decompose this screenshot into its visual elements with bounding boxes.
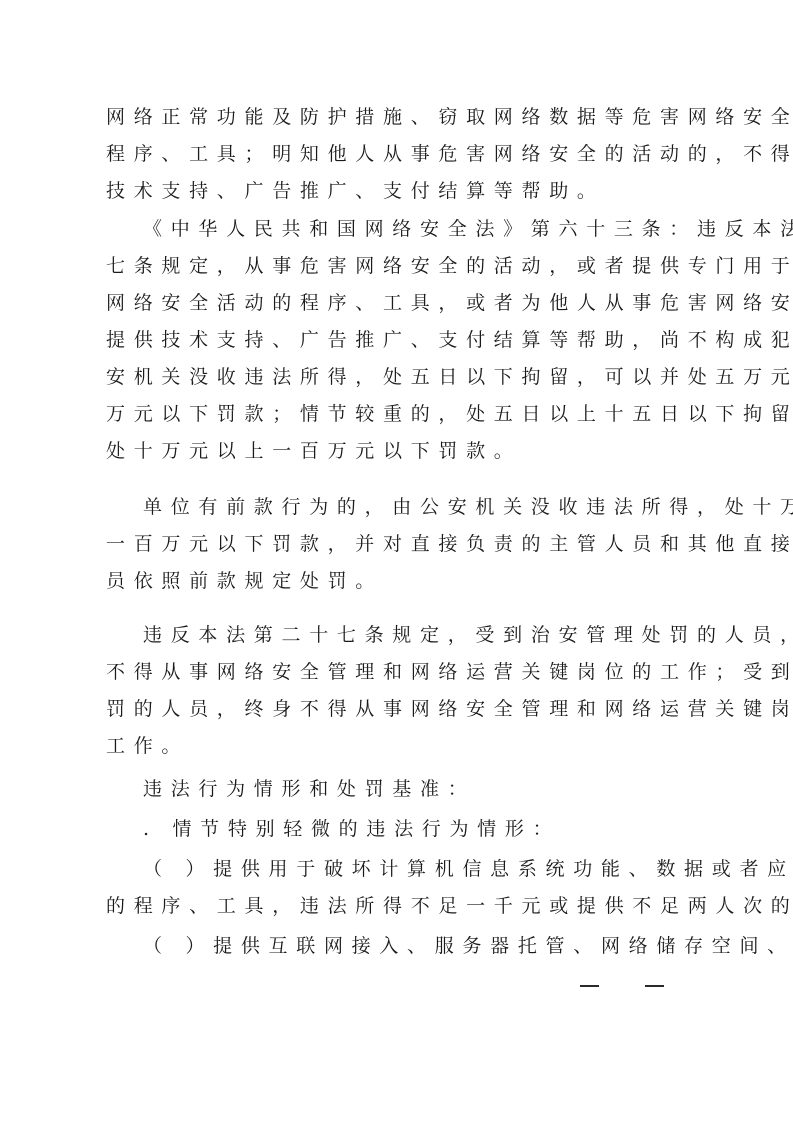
text-line: 罚的人员，终身不得从事网络安全管理和网络运营关键岗位的 [106,694,793,724]
text-line: 单位有前款行为的，由公安机关没收违法所得，处十万元以上 [143,492,793,522]
text-line: 七条规定，从事危害网络安全的活动，或者提供专门用于从事危害 [106,251,793,281]
text-line: 员依照前款规定处罚。 [106,566,383,596]
page-number-dash-left [580,985,599,987]
text-line: 网络安全活动的程序、工具，或者为他人从事危害网络安全的活动 [106,288,793,318]
text-line: 网络正常功能及防护措施、窃取网络数据等危害网络安全活动的 [106,102,793,132]
text-line: 一百万元以下罚款，并对直接负责的主管人员和其他直接责任人 [106,529,793,559]
page-number-dash-right [645,985,664,987]
list-item-line: （ ）提供互联网接入、服务器托管、网络储存空间、通讯传输 [143,931,793,961]
text-line: 安机关没收违法所得，处五日以下拘留，可以并处五万元以上五十 [106,362,793,392]
text-line: 程序、工具；明知他人从事危害网络安全的活动的，不得为其提供 [106,139,793,169]
text-line: 工作。 [106,731,189,761]
section-heading: 违法行为情形和处罚基准： [143,774,475,804]
list-item-line: （ ）提供用于破坏计算机信息系统功能、数据或者应用程序 [143,854,793,884]
subsection-heading: . 情节特别轻微的违法行为情形： [143,814,560,844]
text-line: 技术支持、广告推广、支付结算等帮助。 [106,176,605,206]
text-line: 万元以下罚款；情节较重的，处五日以上十五日以下拘留，可以并 [106,399,793,429]
text-line: 《中华人民共和国网络安全法》第六十三条：违反本法第二十 [143,214,793,244]
text-line: 处十万元以上一百万元以下罚款。 [106,436,522,466]
text-line: 提供技术支持、广告推广、支付结算等帮助，尚不构成犯罪的，由公 [106,325,793,355]
text-line: 不得从事网络安全管理和网络运营关键岗位的工作；受到刑事处 [106,657,793,687]
list-item-line: 的程序、工具，违法所得不足一千元或提供不足两人次的； [106,891,793,921]
text-line: 违反本法第二十七条规定，受到治安管理处罚的人员，五年内 [143,620,793,650]
